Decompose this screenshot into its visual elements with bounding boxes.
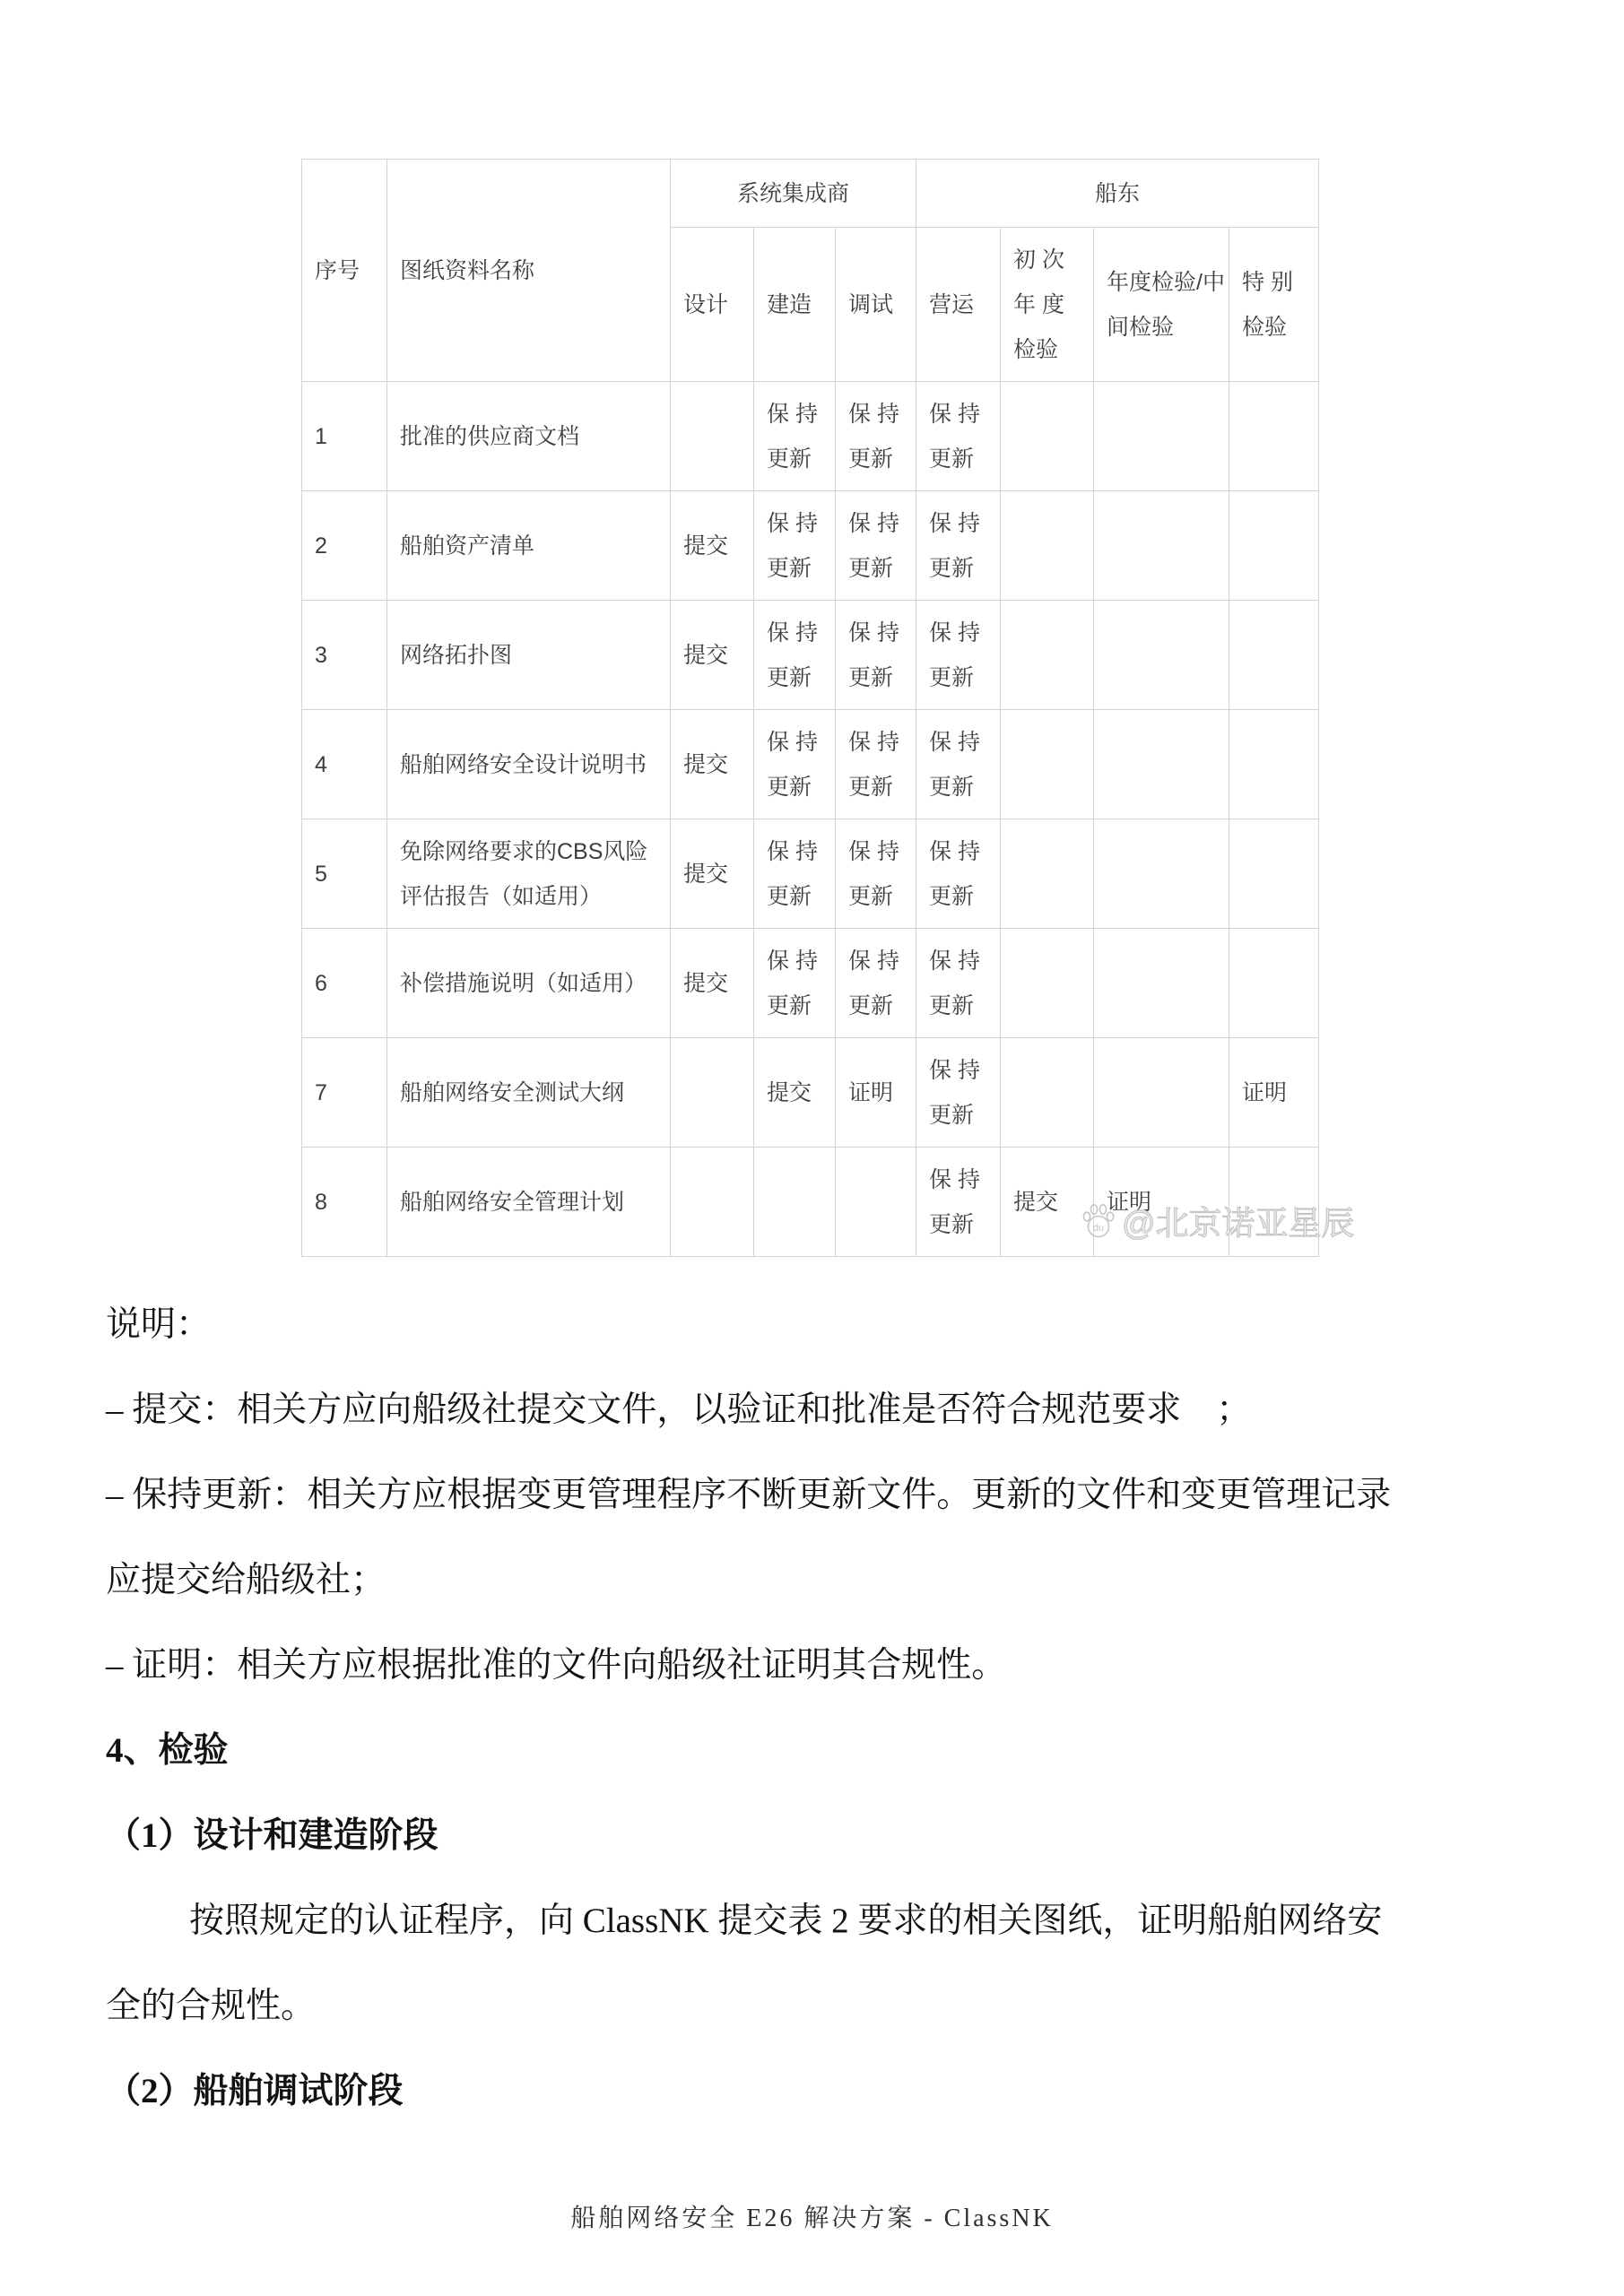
cell-name: 补偿措施说明（如适用） [387,929,671,1038]
table-row: 1批准的供应商文档保 持 更新保 持 更新保 持 更新 [302,382,1319,491]
cell-operation: 保 持 更新 [916,382,1001,491]
cell-operation: 保 持 更新 [916,601,1001,710]
header-cell-design: 设计 [671,228,754,382]
cell-special-survey: 证明 [1229,1038,1319,1148]
cell-annual-intermediate-survey: 证明 [1094,1148,1229,1257]
cell-commissioning: 证明 [836,1038,916,1148]
cell-no: 5 [302,819,387,929]
cell-design: 提交 [671,601,754,710]
cell-build: 保 持 更新 [754,601,836,710]
cell-special-survey [1229,929,1319,1038]
cell-operation: 保 持 更新 [916,491,1001,601]
cell-commissioning: 保 持 更新 [836,382,916,491]
cell-design [671,1148,754,1257]
cell-design: 提交 [671,491,754,601]
header-cell-name: 图纸资料名称 [387,160,671,382]
cell-initial-survey [1001,929,1094,1038]
heading-line: 4、检验 [106,1708,1545,1793]
cell-annual-intermediate-survey [1094,491,1229,601]
cell-operation: 保 持 更新 [916,1038,1001,1148]
table-row: 7船舶网络安全测试大纲提交证明保 持 更新证明 [302,1038,1319,1148]
cell-design [671,382,754,491]
table-row: 8船舶网络安全管理计划保 持 更新提交证明 [302,1148,1319,1257]
cell-build: 保 持 更新 [754,929,836,1038]
cell-design: 提交 [671,710,754,819]
cell-no: 8 [302,1148,387,1257]
cell-name: 免除网络要求的CBS风险评估报告（如适用） [387,819,671,929]
requirements-table: 序号 图纸资料名称 系统集成商 船东 设计 建造 调试 营运 初 次 年 度 检… [301,159,1319,1257]
table-row: 6补偿措施说明（如适用）提交保 持 更新保 持 更新保 持 更新 [302,929,1319,1038]
cell-special-survey [1229,710,1319,819]
cell-annual-intermediate-survey [1094,819,1229,929]
notes-section: 说明：– 提交：相关方应向船级社提交文件，以验证和批准是否符合规范要求 ；– 保… [106,1282,1545,2134]
cell-commissioning: 保 持 更新 [836,929,916,1038]
note-line: – 提交：相关方应向船级社提交文件，以验证和批准是否符合规范要求 ； [106,1367,1545,1452]
cell-special-survey [1229,819,1319,929]
cell-name: 网络拓扑图 [387,601,671,710]
table-row: 5免除网络要求的CBS风险评估报告（如适用）提交保 持 更新保 持 更新保 持 … [302,819,1319,929]
cell-special-survey [1229,1148,1319,1257]
note-line: 应提交给船级社； [106,1538,1545,1623]
cell-initial-survey [1001,382,1094,491]
header-cell-commissioning: 调试 [836,228,916,382]
cell-operation: 保 持 更新 [916,710,1001,819]
cell-initial-survey [1001,819,1094,929]
cell-annual-intermediate-survey [1094,710,1229,819]
cell-commissioning: 保 持 更新 [836,491,916,601]
heading-line: （2）船舶调试阶段 [106,2049,1545,2134]
cell-name: 船舶网络安全设计说明书 [387,710,671,819]
cell-operation: 保 持 更新 [916,819,1001,929]
cell-commissioning: 保 持 更新 [836,710,916,819]
cell-commissioning: 保 持 更新 [836,601,916,710]
header-cell-operation: 营运 [916,228,1001,382]
cell-no: 7 [302,1038,387,1148]
table-header-group-row: 序号 图纸资料名称 系统集成商 船东 [302,160,1319,228]
header-cell-annual-intermediate-survey: 年度检验/中间检验 [1094,228,1229,382]
cell-commissioning: 保 持 更新 [836,819,916,929]
header-cell-no: 序号 [302,160,387,382]
heading-line: （1）设计和建造阶段 [106,1793,1545,1878]
cell-no: 4 [302,710,387,819]
cell-initial-survey [1001,710,1094,819]
cell-no: 1 [302,382,387,491]
page-footer: 船舶网络安全 E26 解决方案 - ClassNK [0,2198,1624,2234]
cell-design: 提交 [671,819,754,929]
cell-no: 6 [302,929,387,1038]
cell-annual-intermediate-survey [1094,1038,1229,1148]
cell-build: 保 持 更新 [754,382,836,491]
cell-build: 保 持 更新 [754,819,836,929]
cell-name: 船舶网络安全测试大纲 [387,1038,671,1148]
table-row: 3网络拓扑图提交保 持 更新保 持 更新保 持 更新 [302,601,1319,710]
cell-no: 2 [302,491,387,601]
cell-operation: 保 持 更新 [916,1148,1001,1257]
cell-name: 批准的供应商文档 [387,382,671,491]
cell-initial-survey [1001,491,1094,601]
cell-initial-survey: 提交 [1001,1148,1094,1257]
cell-build [754,1148,836,1257]
cell-build: 保 持 更新 [754,491,836,601]
cell-design [671,1038,754,1148]
cell-commissioning [836,1148,916,1257]
document-page: 序号 图纸资料名称 系统集成商 船东 设计 建造 调试 营运 初 次 年 度 检… [0,0,1624,2296]
header-cell-build: 建造 [754,228,836,382]
header-group-shipowner: 船东 [916,160,1319,228]
cell-design: 提交 [671,929,754,1038]
header-cell-special-survey: 特 别 检验 [1229,228,1319,382]
cell-initial-survey [1001,1038,1094,1148]
cell-initial-survey [1001,601,1094,710]
cell-no: 3 [302,601,387,710]
table-row: 4船舶网络安全设计说明书提交保 持 更新保 持 更新保 持 更新 [302,710,1319,819]
cell-annual-intermediate-survey [1094,929,1229,1038]
cell-annual-intermediate-survey [1094,601,1229,710]
cell-special-survey [1229,491,1319,601]
cell-annual-intermediate-survey [1094,382,1229,491]
cell-name: 船舶网络安全管理计划 [387,1148,671,1257]
note-line: – 保持更新：相关方应根据变更管理程序不断更新文件。更新的文件和变更管理记录 [106,1452,1545,1538]
table-row: 2船舶资产清单提交保 持 更新保 持 更新保 持 更新 [302,491,1319,601]
cell-build: 保 持 更新 [754,710,836,819]
cell-name: 船舶资产清单 [387,491,671,601]
cell-special-survey [1229,601,1319,710]
header-group-integrator: 系统集成商 [671,160,916,228]
header-cell-initial-survey: 初 次 年 度 检验 [1001,228,1094,382]
cell-operation: 保 持 更新 [916,929,1001,1038]
cell-special-survey [1229,382,1319,491]
note-line: – 证明：相关方应根据批准的文件向船级社证明其合规性。 [106,1623,1545,1708]
note-line: 全的合规性。 [106,1963,1545,2049]
note-line: 按照规定的认证程序，向 ClassNK 提交表 2 要求的相关图纸，证明船舶网络… [106,1878,1545,1963]
cell-build: 提交 [754,1038,836,1148]
note-line: 说明： [106,1282,1545,1367]
